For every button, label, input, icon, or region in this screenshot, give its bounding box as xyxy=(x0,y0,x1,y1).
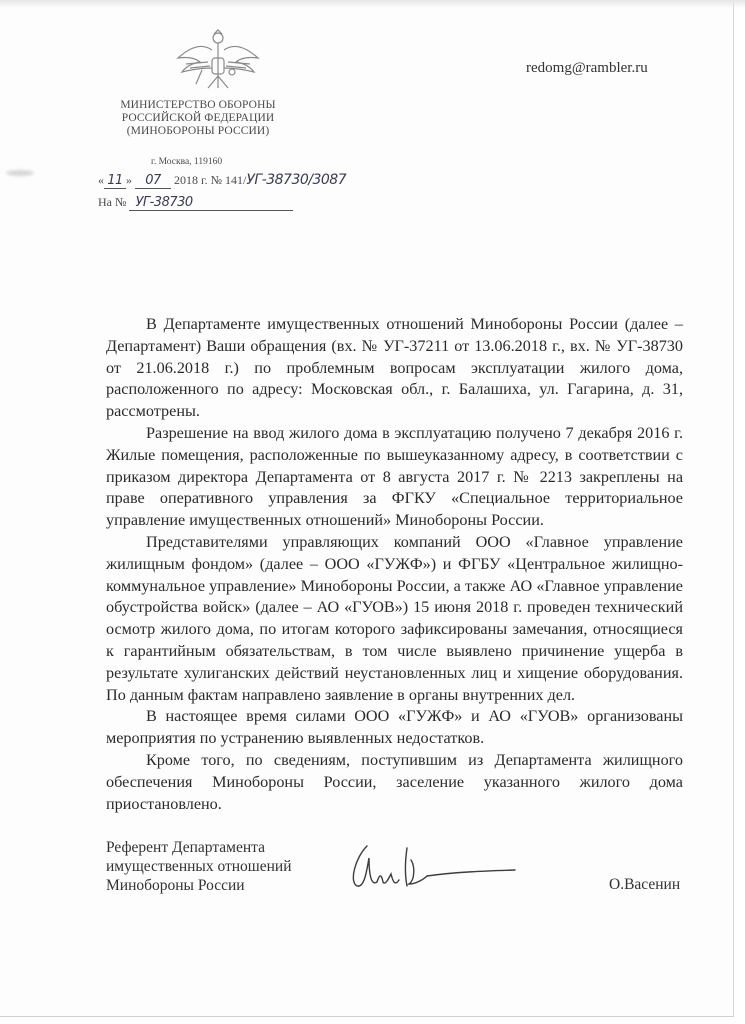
reply-reference-label: На № xyxy=(98,195,126,209)
body-paragraph: Представителями управляющих компаний ООО… xyxy=(106,532,683,706)
signer-name: О.Васенин xyxy=(609,876,680,894)
date-month: 07 xyxy=(135,173,171,189)
ministry-name: МИНИСТЕРСТВО ОБОРОНЫ РОССИЙСКОЙ ФЕДЕРАЦИ… xyxy=(98,99,298,138)
body-paragraph: Разрешение на ввод жилого дома в эксплуа… xyxy=(106,423,683,532)
position-line-1: Референт Департамента xyxy=(106,838,292,857)
handwritten-signature-icon xyxy=(345,838,525,898)
body-paragraph: В Департаменте имущественных отношений М… xyxy=(106,314,683,423)
scan-smudge xyxy=(6,170,34,176)
outgoing-number-handwritten: УГ-38730/3087 xyxy=(246,172,346,188)
recipient-email: redomg@rambler.ru xyxy=(526,60,648,77)
double-headed-eagle-emblem-icon xyxy=(168,28,268,100)
reply-reference: На № УГ-38730 xyxy=(98,195,293,211)
outgoing-date-number: «11» 07 2018 г. № 141/УГ-38730/3087 xyxy=(98,172,346,189)
ministry-line-2: РОССИЙСКОЙ ФЕДЕРАЦИИ xyxy=(98,112,298,125)
body-paragraph: Кроме того, по сведениям, поступившим из… xyxy=(106,750,683,815)
signer-position: Референт Департамента имущественных отно… xyxy=(106,838,292,895)
ministry-line-1: МИНИСТЕРСТВО ОБОРОНЫ xyxy=(98,99,298,112)
letter-body: В Департаменте имущественных отношений М… xyxy=(106,314,683,815)
scan-edge-shadow xyxy=(0,0,745,8)
position-line-3: Минобороны России xyxy=(106,876,292,895)
reply-reference-value: УГ-38730 xyxy=(129,195,293,211)
body-paragraph: В настоящее время силами ООО «ГУЖФ» и АО… xyxy=(106,706,683,750)
position-line-2: имущественных отношений xyxy=(106,857,292,876)
city-address: г. Москва, 119160 xyxy=(151,157,222,167)
date-year-number: 2018 г. № 141/ xyxy=(174,173,246,187)
close-quote: » xyxy=(126,173,132,187)
ministry-line-3: (МИНОБОРОНЫ РОССИИ) xyxy=(98,125,298,138)
letter-page: МИНИСТЕРСТВО ОБОРОНЫ РОССИЙСКОЙ ФЕДЕРАЦИ… xyxy=(0,0,734,1017)
date-day: 11 xyxy=(104,173,126,189)
